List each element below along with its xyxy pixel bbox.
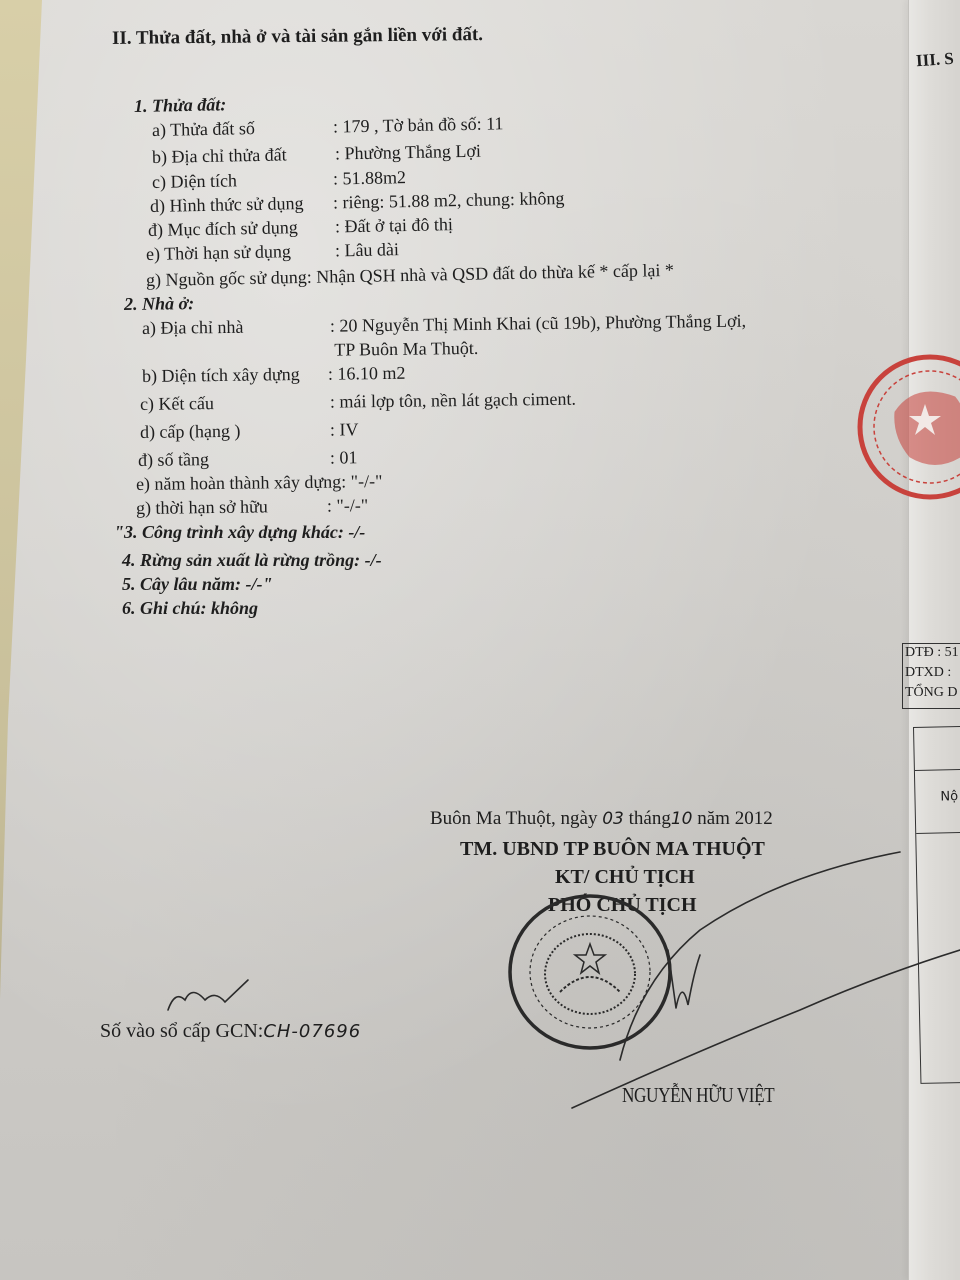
signer-name: NGUYỄN HỮU VIỆT <box>622 1083 774 1108</box>
registry-label: Số vào sổ cấp GCN: <box>100 1020 263 1042</box>
registry-value: CH-07696 <box>263 1021 361 1042</box>
handwritten-signature-icon <box>0 0 960 1280</box>
registry-number: Số vào sổ cấp GCN:CH-07696 <box>100 1020 361 1043</box>
